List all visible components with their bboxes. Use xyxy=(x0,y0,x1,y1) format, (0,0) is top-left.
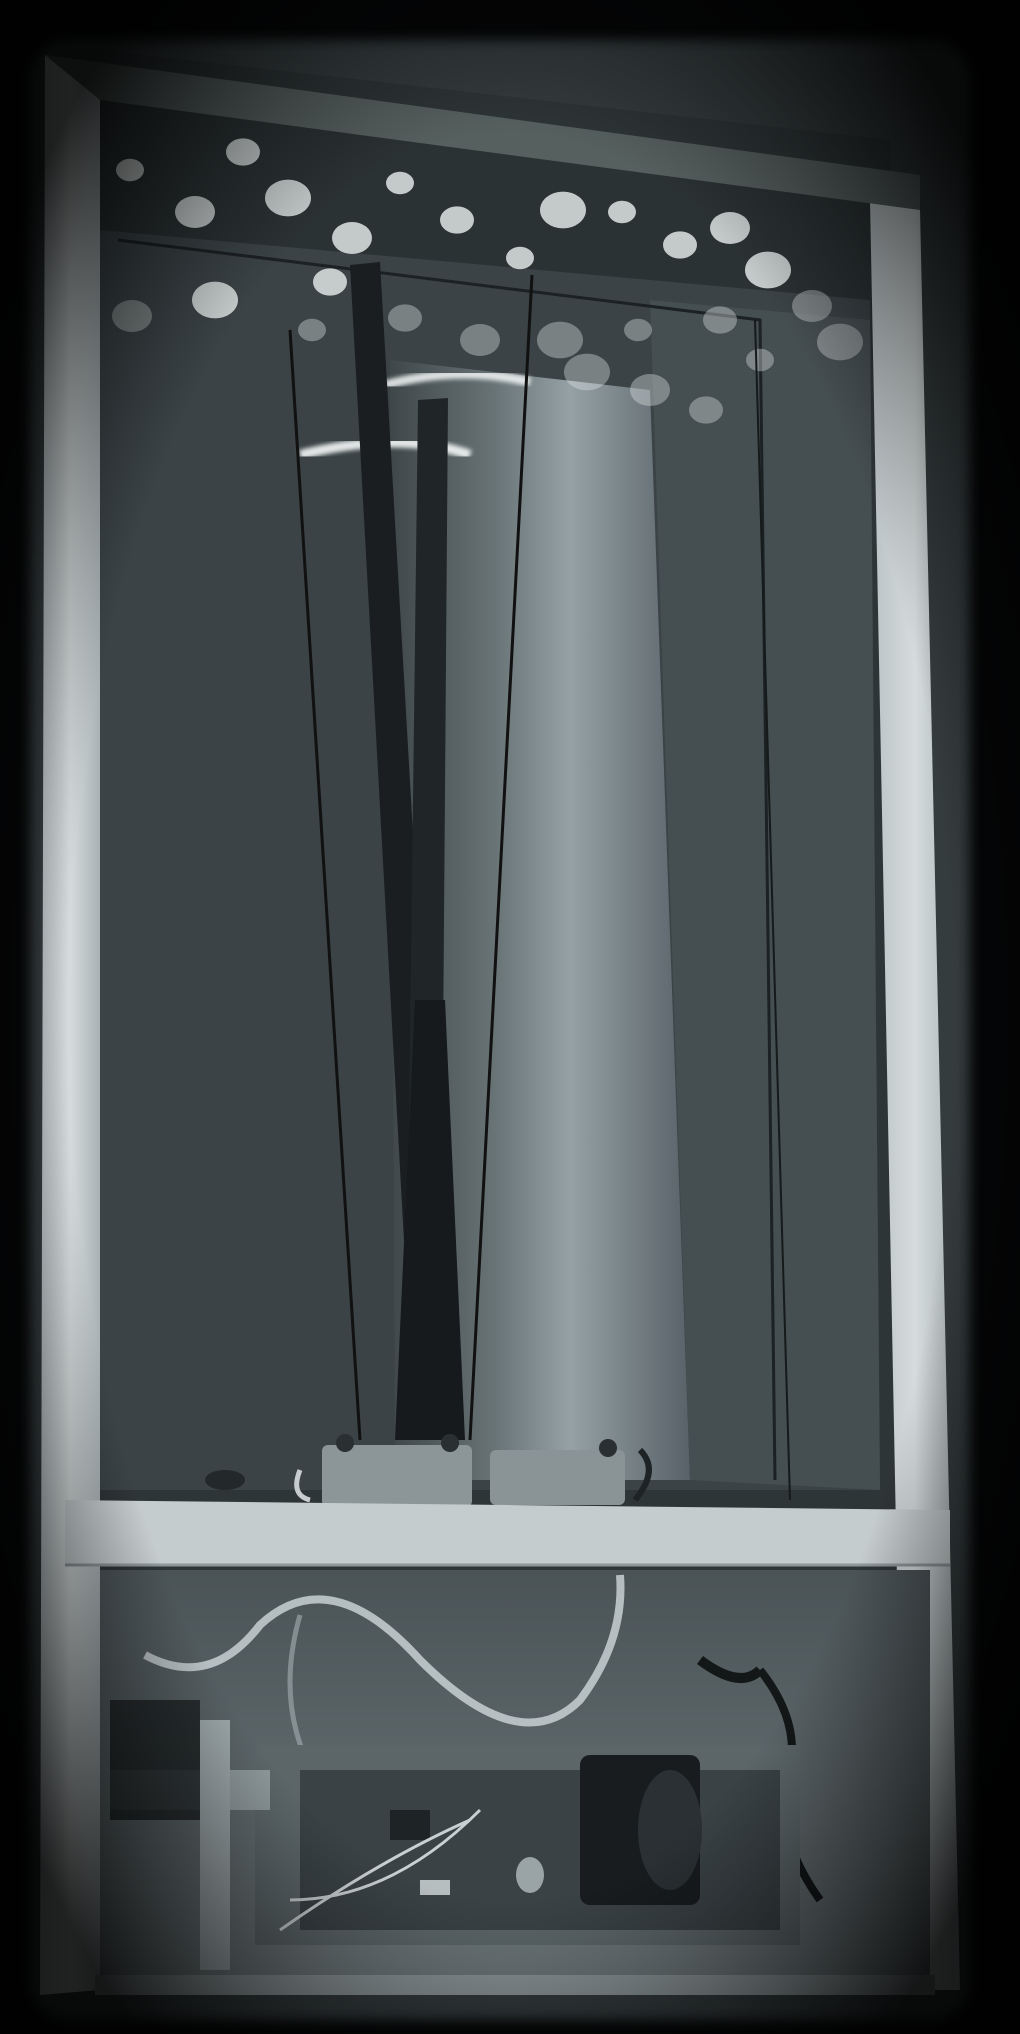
kinetic-sculpture-cabinet-photo xyxy=(0,0,1020,2034)
photo-scene: Kinetic art installation in a tall woode… xyxy=(0,0,1020,2034)
